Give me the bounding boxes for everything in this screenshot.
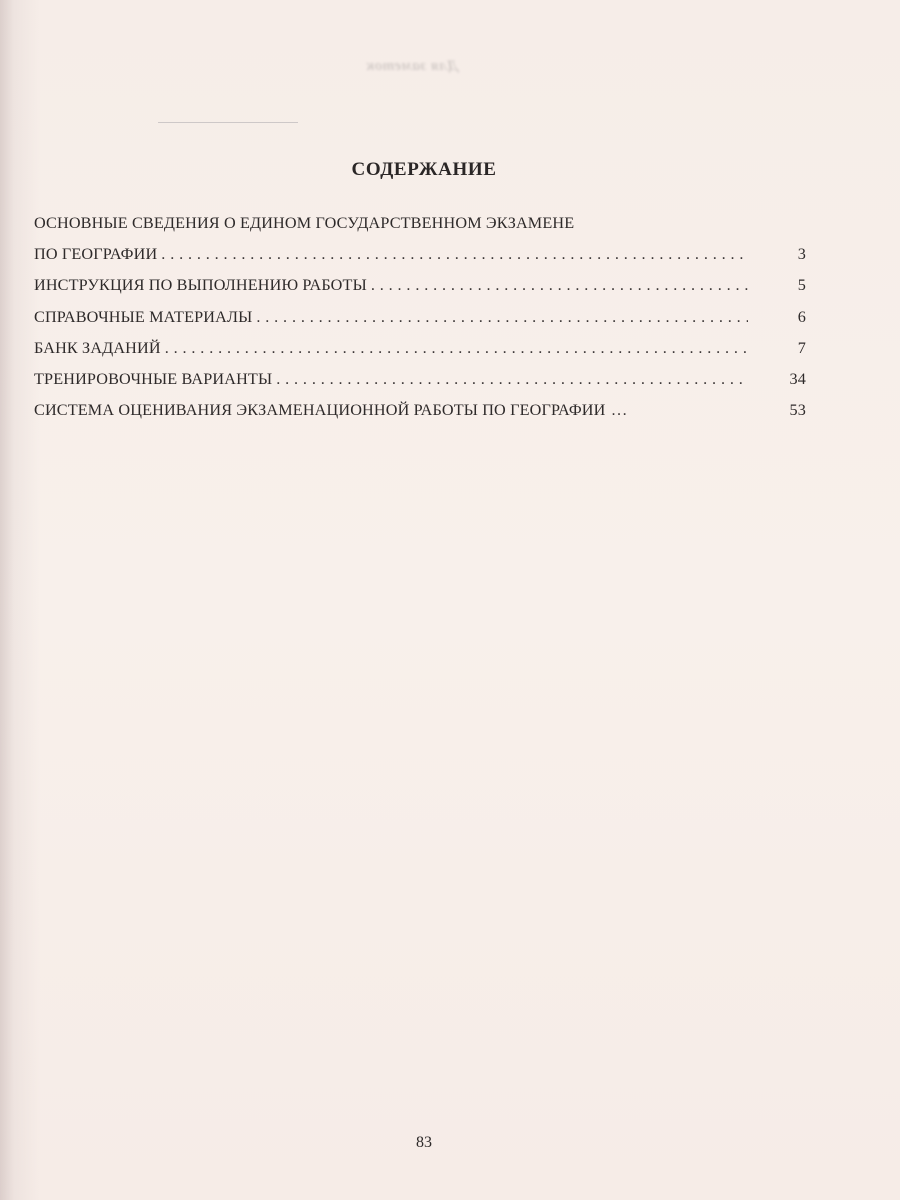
toc-page-number: 6	[754, 302, 806, 333]
book-page: Для заметок СОДЕРЖАНИЕ ОСНОВНЫЕ СВЕДЕНИЯ…	[0, 0, 900, 1200]
toc-entry-text: БАНК ЗАДАНИЙ	[34, 333, 161, 364]
page-number: 83	[0, 1134, 848, 1152]
toc-entry[interactable]: СПРАВОЧНЫЕ МАТЕРИАЛЫ 6	[34, 302, 806, 333]
toc-page-number: 5	[754, 270, 806, 301]
toc-page-number: 53	[754, 395, 806, 426]
toc-page-number: 34	[754, 364, 806, 395]
toc-entry-text: ПО ГЕОГРАФИИ	[34, 239, 157, 270]
dot-leader	[161, 239, 748, 270]
toc-entry[interactable]: БАНК ЗАДАНИЙ 7	[34, 333, 806, 364]
dot-leader	[165, 333, 748, 364]
contents-title: СОДЕРЖАНИЕ	[0, 159, 848, 181]
dot-leader	[276, 364, 748, 395]
toc-page-number: 7	[754, 333, 806, 364]
bleed-through-rule	[158, 122, 298, 123]
dot-leader: ...	[612, 395, 629, 426]
bleed-through-text: Для заметок	[366, 58, 458, 75]
toc-entry-text: ТРЕНИРОВОЧНЫЕ ВАРИАНТЫ	[34, 364, 272, 395]
toc-entry-text: ИНСТРУКЦИЯ ПО ВЫПОЛНЕНИЮ РАБОТЫ	[34, 270, 367, 301]
toc-page-number: 3	[754, 239, 806, 270]
toc-entry-text: СИСТЕМА ОЦЕНИВАНИЯ ЭКЗАМЕНАЦИОННОЙ РАБОТ…	[34, 395, 606, 426]
toc-entry-text: СПРАВОЧНЫЕ МАТЕРИАЛЫ	[34, 302, 252, 333]
toc-entry-line1: ОСНОВНЫЕ СВЕДЕНИЯ О ЕДИНОМ ГОСУДАРСТВЕНН…	[34, 208, 806, 239]
dot-leader	[256, 302, 748, 333]
toc-entry[interactable]: ИНСТРУКЦИЯ ПО ВЫПОЛНЕНИЮ РАБОТЫ 5	[34, 270, 806, 301]
dot-leader	[371, 270, 748, 301]
table-of-contents: ОСНОВНЫЕ СВЕДЕНИЯ О ЕДИНОМ ГОСУДАРСТВЕНН…	[34, 208, 806, 426]
toc-entry-text: ОСНОВНЫЕ СВЕДЕНИЯ О ЕДИНОМ ГОСУДАРСТВЕНН…	[34, 214, 574, 232]
toc-entry[interactable]: ТРЕНИРОВОЧНЫЕ ВАРИАНТЫ 34	[34, 364, 806, 395]
toc-entry[interactable]: СИСТЕМА ОЦЕНИВАНИЯ ЭКЗАМЕНАЦИОННОЙ РАБОТ…	[34, 395, 806, 426]
toc-entry[interactable]: ПО ГЕОГРАФИИ 3	[34, 239, 806, 270]
